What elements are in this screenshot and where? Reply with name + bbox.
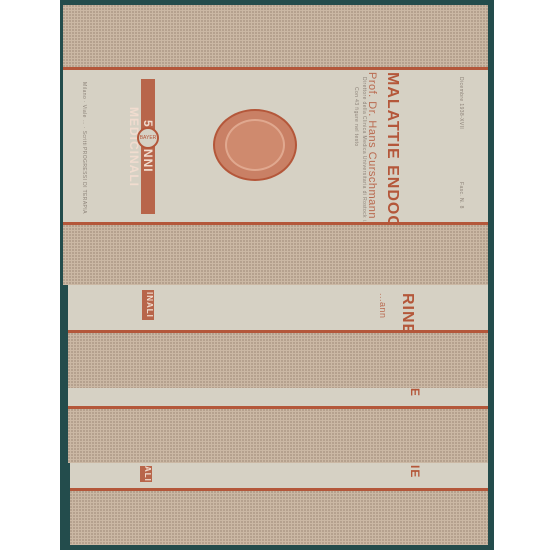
top-booklet-cover: Milano · Viale ... · Scritti PROGRESSI D… (63, 67, 488, 225)
series-name: PROGRESSI DI TERAPIA (81, 147, 87, 214)
author-name: Prof. Dr. Hans Curschmann (366, 72, 378, 219)
fourth-booklet-strip (70, 491, 488, 545)
place-line: Milano · Viale ... · Scritti (81, 82, 87, 146)
top-booklet-back-strip (63, 5, 488, 67)
second-author-fragment: ...ann (378, 293, 388, 319)
second-booklet-strip (68, 333, 488, 388)
publication-date: Dicembre 1938-XVII (458, 77, 464, 129)
illustrations-note: Con 43 figure nel testo (353, 87, 359, 147)
top-booklet-back-strip-lower (63, 225, 488, 285)
seal-emblem-icon (213, 109, 297, 181)
cover-rule-top (63, 67, 488, 70)
third-booklet-cover: E (68, 388, 488, 408)
bayer-cross-logo: BAYER (137, 127, 159, 149)
second-banner-fragment: INALI (142, 290, 154, 320)
fourth-booklet-cover: ALI IE (70, 463, 488, 489)
second-booklet-cover: INALI ...ann RINE (68, 285, 488, 335)
second-title-fragment: RINE (398, 293, 416, 335)
logo-text: BAYER (140, 135, 157, 141)
fourth-banner-fragment: ALI (140, 466, 152, 482)
third-title-fragment: E (408, 388, 422, 397)
third-booklet-strip (68, 409, 488, 463)
issue-number: Fasc. N. 8 (458, 182, 464, 209)
fourth-title-fragment: IE (408, 465, 422, 478)
